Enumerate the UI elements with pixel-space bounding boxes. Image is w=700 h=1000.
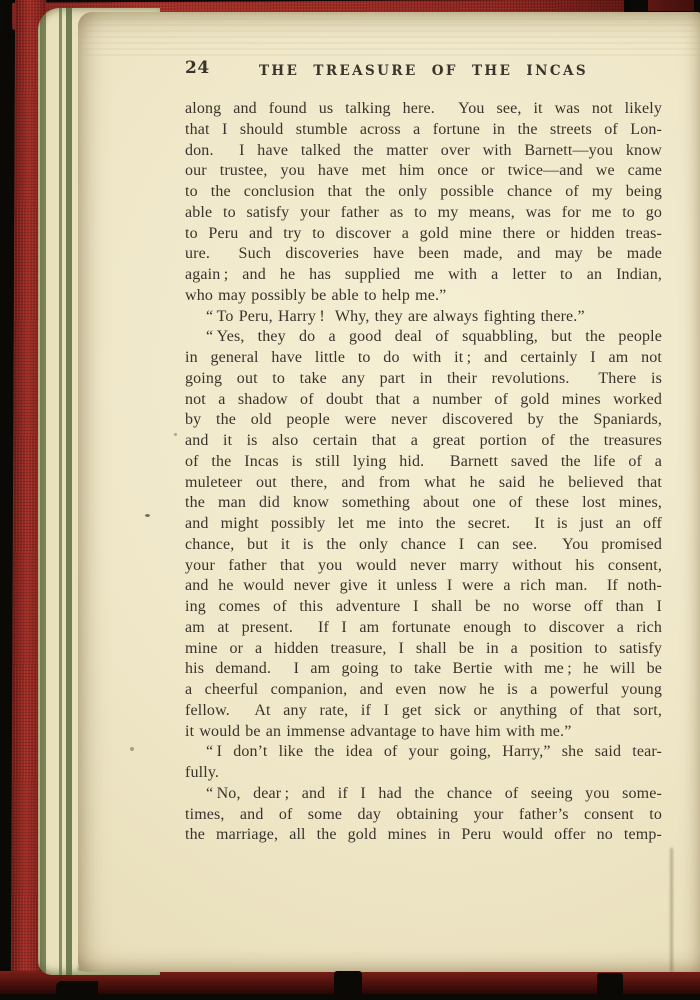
text-line: times, and of some day obtaining your fa… — [185, 805, 662, 826]
text-line: his demand. I am going to take Bertie wi… — [185, 659, 662, 680]
text-line: ure. Such discoveries have been made, an… — [185, 244, 662, 265]
text-line: “ To Peru, Harry ! Why, they are always … — [185, 307, 662, 328]
text-line: by the old people were never discovered … — [185, 410, 662, 431]
page-top-edge-streaks — [78, 12, 700, 56]
text-line: our trustee, you have met him once or tw… — [185, 161, 662, 182]
book-photo: 24 THE TREASURE OF THE INCAS along and f… — [0, 0, 700, 1000]
book-cover-top-right-corner — [648, 0, 694, 11]
text-line: your father that you would never marry w… — [185, 556, 662, 577]
text-line: to the conclusion that the only possible… — [185, 182, 662, 203]
text-line: in general have little to do with it ; a… — [185, 348, 662, 369]
text-line: chance, but it is the only chance I can … — [185, 535, 662, 556]
text-line: to Peru and try to discover a gold mine … — [185, 224, 662, 245]
running-title: THE TREASURE OF THE INCAS — [185, 63, 662, 79]
text-line: and might possibly let me into the secre… — [185, 514, 662, 535]
text-line: am at present. If I am fortunate enough … — [185, 618, 662, 639]
text-line: the man did know something about one of … — [185, 493, 662, 514]
page-curve-shadow — [670, 848, 673, 972]
text-line: it would be an immense advantage to have… — [185, 722, 662, 743]
text-line: don. I have talked the matter over with … — [185, 141, 662, 162]
text-line: that I should stumble across a fortune i… — [185, 120, 662, 141]
text-line: “ I don’t like the idea of your going, H… — [185, 742, 662, 763]
text-line: able to satisfy your father as to my mea… — [185, 203, 662, 224]
foxing-speck — [174, 433, 177, 436]
foxing-speck — [145, 514, 150, 517]
page-body: along and found us talking here. You see… — [185, 99, 662, 846]
text-line: “ Yes, they do a good deal of squabbling… — [185, 327, 662, 348]
text-line: and it is also certain that a great port… — [185, 431, 662, 452]
shadow-notch — [597, 973, 623, 1000]
text-line: muleteer out there, and from what he sai… — [185, 473, 662, 494]
text-line: again ; and he has supplied me with a le… — [185, 265, 662, 286]
text-line: not a shadow of doubt that a number of g… — [185, 390, 662, 411]
text-line: fully. — [185, 763, 662, 784]
text-line: of the Incas is still lying hid. Barnett… — [185, 452, 662, 473]
text-line: who may possibly be able to help me.” — [185, 286, 662, 307]
text-line: a cheerful companion, and even now he is… — [185, 680, 662, 701]
book-page: 24 THE TREASURE OF THE INCAS along and f… — [78, 12, 700, 972]
text-line: fellow. At any rate, if I get sick or an… — [185, 701, 662, 722]
text-line: “ No, dear ; and if I had the chance of … — [185, 784, 662, 805]
text-line: along and found us talking here. You see… — [185, 99, 662, 120]
shadow-notch — [334, 971, 362, 1000]
shadow-notch — [56, 981, 98, 1000]
text-line: ing comes of this adventure I shall be n… — [185, 597, 662, 618]
text-line: going out to take any part in their revo… — [185, 369, 662, 390]
text-line: the marriage, all the gold mines in Peru… — [185, 825, 662, 846]
foxing-speck — [130, 747, 134, 751]
text-line: and he would never give it unless I were… — [185, 576, 662, 597]
text-line: mine or a hidden treasure, I shall be in… — [185, 639, 662, 660]
